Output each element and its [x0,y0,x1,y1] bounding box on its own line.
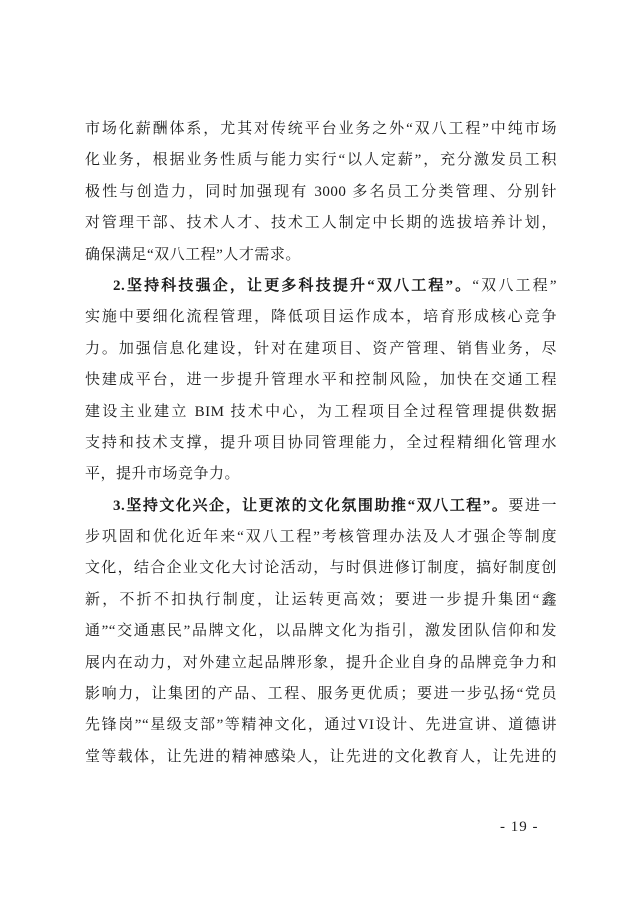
page-number: - 19 - [500,818,539,836]
text-line: 展内在动力，对外建立起品牌形象，提升企业自身的品牌竞争力和 [85,648,557,679]
text-segment: 平，提升市场竞争力。 [85,466,240,482]
text-body: 市场化薪酬体系，尤其对传统平台业务之外“双八工程”中纯市场化业务，根据业务性质与… [85,114,557,773]
text-line: 实施中要细化流程管理，降低项目运作成本，培育形成核心竞争 [85,302,557,333]
text-line: 建设主业建立 BIM 技术中心，为工程项目全过程管理提供数据 [85,397,557,428]
paragraph: 3.坚持文化兴企，让更浓的文化氛围助推“双八工程”。要进一步巩固和优化近年来“双… [85,491,557,774]
text-line: 力。加强信息化建设，针对在建项目、资产管理、销售业务，尽 [85,334,557,365]
text-line: 步巩固和优化近年来“双八工程”考核管理办法及人才强企等制度 [85,522,557,553]
text-segment: 展内在动力，对外建立起品牌形象，提升企业自身的品牌竞争力和 [85,655,557,671]
text-line: 市场化薪酬体系，尤其对传统平台业务之外“双八工程”中纯市场 [85,114,557,145]
text-line: 对管理干部、技术人才、技术工人制定中长期的选拔培养计划， [85,208,557,239]
text-segment: 极性与创造力，同时加强现有 3000 多名员工分类管理、分别针 [85,184,557,200]
text-segment: 对管理干部、技术人才、技术工人制定中长期的选拔培养计划， [85,215,557,231]
text-segment: 化业务，根据业务性质与能力实行“以人定薪”，充分激发员工积 [85,152,557,168]
text-segment: 堂等载体，让先进的精神感染人，让先进的文化教育人，让先进的 [85,749,557,765]
paragraph: 市场化薪酬体系，尤其对传统平台业务之外“双八工程”中纯市场化业务，根据业务性质与… [85,114,557,271]
bold-text-segment: 3.坚持文化兴企，让更浓的文化氛围助推“双八工程”。 [113,498,508,514]
text-segment: 实施中要细化流程管理，降低项目运作成本，培育形成核心竞争 [85,309,557,325]
text-line: 极性与创造力，同时加强现有 3000 多名员工分类管理、分别针 [85,177,557,208]
text-line: 通”“交通惠民”品牌文化，以品牌文化为指引，激发团队信仰和发 [85,616,557,647]
text-segment: 力。加强信息化建设，针对在建项目、资产管理、销售业务，尽 [85,341,557,357]
text-line: 3.坚持文化兴企，让更浓的文化氛围助推“双八工程”。要进一 [85,491,557,522]
text-segment: 市场化薪酬体系，尤其对传统平台业务之外“双八工程”中纯市场 [85,121,557,137]
text-segment: 新，不折不扣执行制度，让运转更高效；要进一步提升集团“鑫 [85,592,557,608]
text-segment: 文化，结合企业文化大讨论活动，与时俱进修订制度，搞好制度创 [85,560,557,576]
text-segment: 快建成平台，进一步提升管理水平和控制风险，加快在交通工程 [85,372,557,388]
text-line: 化业务，根据业务性质与能力实行“以人定薪”，充分激发员工积 [85,145,557,176]
text-segment: 要进一 [508,498,557,514]
paragraph: 2.坚持科技强企，让更多科技提升“双八工程”。“双八工程”实施中要细化流程管理，… [85,271,557,491]
text-segment: 支持和技术支撑，提升项目协同管理能力，全过程精细化管理水 [85,435,557,451]
text-segment: “双八工程” [472,278,557,294]
text-segment: 先锋岗”“星级支部”等精神文化，通过VI设计、先进宣讲、道德讲 [85,717,557,733]
text-segment: 建设主业建立 BIM 技术中心，为工程项目全过程管理提供数据 [85,404,557,420]
text-line: 新，不折不扣执行制度，让运转更高效；要进一步提升集团“鑫 [85,585,557,616]
text-line: 支持和技术支撑，提升项目协同管理能力，全过程精细化管理水 [85,428,557,459]
text-line: 确保满足“双八工程”人才需求。 [85,240,557,271]
text-line: 先锋岗”“星级支部”等精神文化，通过VI设计、先进宣讲、道德讲 [85,710,557,741]
text-line: 2.坚持科技强企，让更多科技提升“双八工程”。“双八工程” [85,271,557,302]
text-segment: 通”“交通惠民”品牌文化，以品牌文化为指引，激发团队信仰和发 [85,623,557,639]
text-line: 影响力，让集团的产品、工程、服务更优质；要进一步弘扬“党员 [85,679,557,710]
bold-text-segment: 2.坚持科技强企，让更多科技提升“双八工程”。 [113,278,472,294]
text-segment: 影响力，让集团的产品、工程、服务更优质；要进一步弘扬“党员 [85,686,557,702]
text-segment: 确保满足“双八工程”人才需求。 [85,247,301,263]
text-segment: 步巩固和优化近年来“双八工程”考核管理办法及人才强企等制度 [85,529,557,545]
text-line: 文化，结合企业文化大讨论活动，与时俱进修订制度，搞好制度创 [85,553,557,584]
text-line: 快建成平台，进一步提升管理水平和控制风险，加快在交通工程 [85,365,557,396]
text-line: 堂等载体，让先进的精神感染人，让先进的文化教育人，让先进的 [85,742,557,773]
document-page: 市场化薪酬体系，尤其对传统平台业务之外“双八工程”中纯市场化业务，根据业务性质与… [0,0,636,900]
text-line: 平，提升市场竞争力。 [85,459,557,490]
